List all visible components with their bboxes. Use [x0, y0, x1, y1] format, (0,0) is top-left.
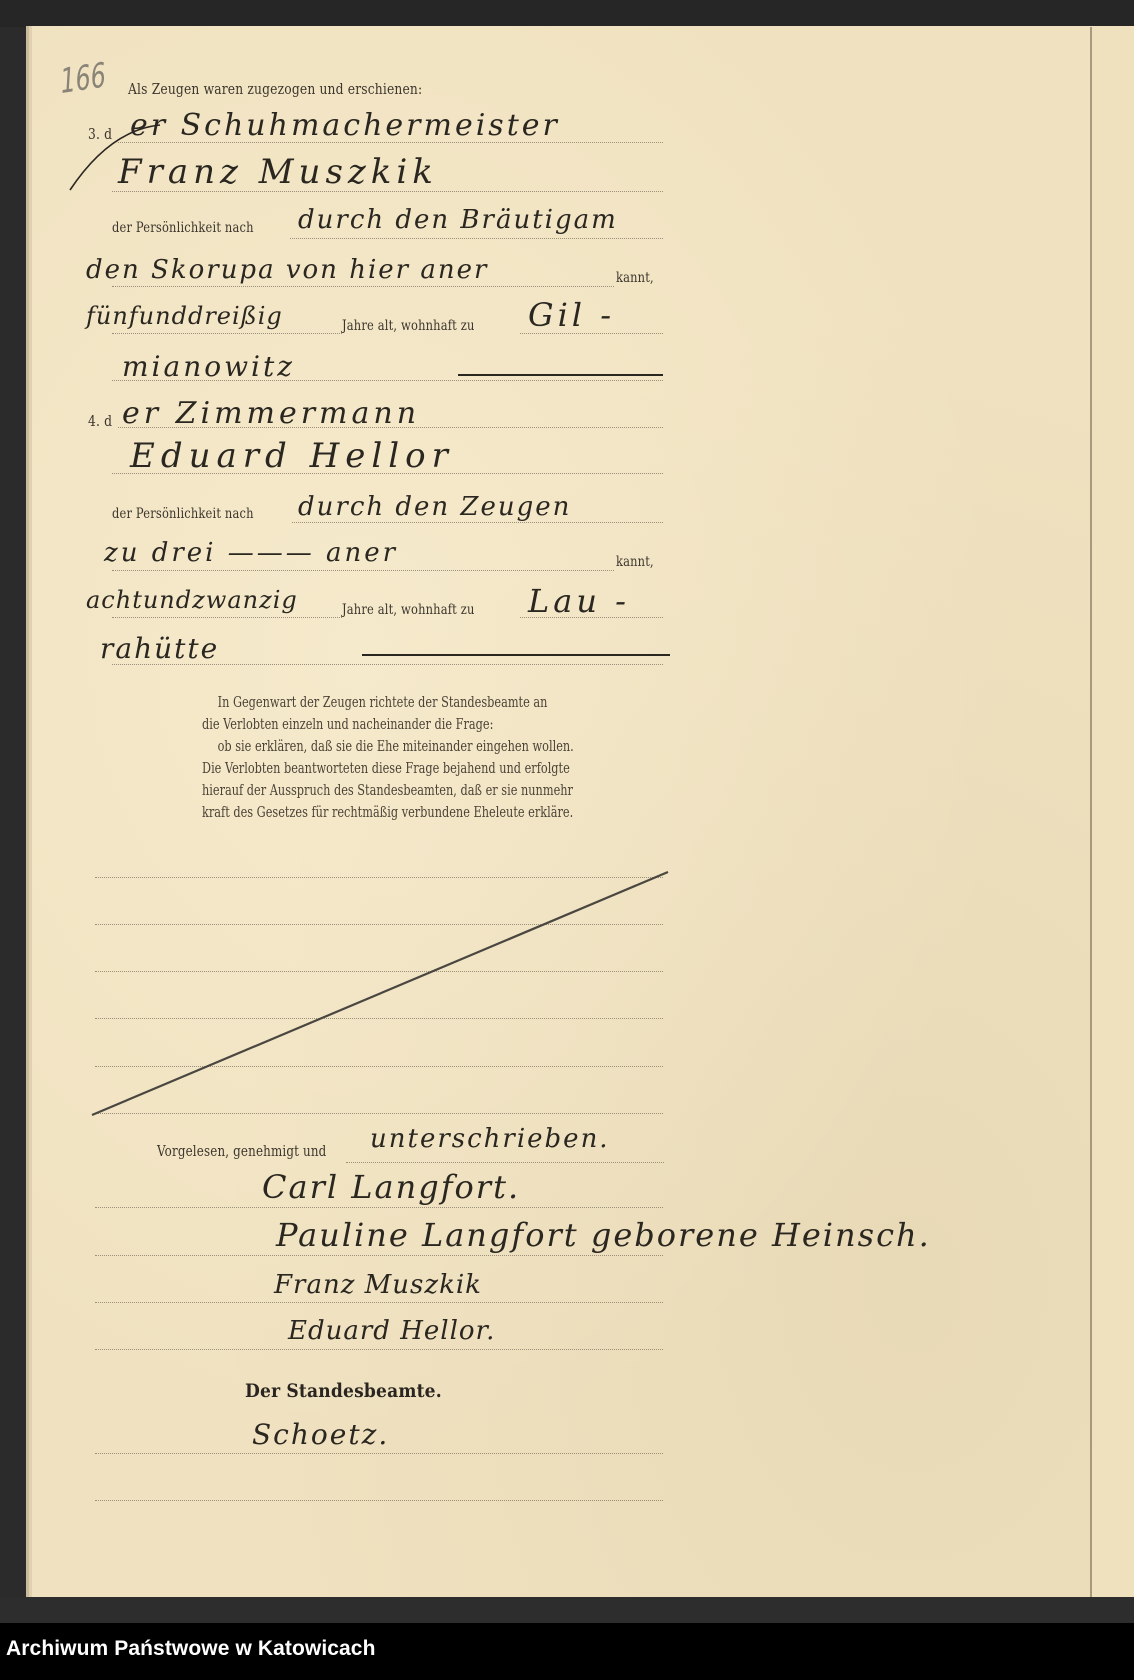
registrar-signature: Schoetz.	[252, 1418, 389, 1451]
dotted-line	[95, 1255, 663, 1256]
dotted-line	[95, 1113, 663, 1114]
dotted-line	[95, 924, 663, 925]
dotted-line	[95, 877, 663, 878]
witness-3-number: 3. d	[88, 125, 112, 143]
witness-4-residence: Lau -	[528, 582, 630, 620]
identity-label: der Persönlichkeit nach	[112, 506, 254, 522]
dotted-line	[95, 1066, 663, 1067]
witness-4-identity-hand: durch den Zeugen	[298, 492, 571, 522]
signature-2: Pauline Langfort geborene Heinsch.	[276, 1216, 931, 1254]
dotted-line	[95, 1207, 663, 1208]
witness-4-residence-2: rahütte	[100, 632, 219, 665]
paragraph-line: kraft des Gesetzes für rechtmäßig verbun…	[202, 802, 701, 824]
witness-3-name: Franz Muszkik	[118, 152, 438, 192]
dotted-line	[112, 286, 614, 287]
archive-caption-bar: Archiwum Państwowe w Katowicach	[0, 1623, 1134, 1680]
witness-3-identity-hand: durch den Bräutigam	[298, 205, 618, 235]
paragraph-line: hierauf der Ausspruch des Standesbeamten…	[202, 780, 701, 802]
witnesses-heading: Als Zeugen waren zugezogen und erschiene…	[128, 80, 422, 98]
dotted-line	[95, 1453, 663, 1454]
witness-4-occupation: er Zimmermann	[122, 396, 420, 431]
kannt-label: kannt,	[616, 270, 654, 286]
dotted-line	[95, 1500, 663, 1501]
dotted-line	[112, 570, 614, 571]
dotted-line	[95, 1349, 663, 1350]
witness-3-identity-hand-2: den Skorupa von hier aner	[86, 255, 488, 285]
identity-label: der Persönlichkeit nach	[112, 220, 254, 236]
dotted-line	[95, 1302, 663, 1303]
kannt-label: kannt,	[616, 554, 654, 570]
fill-rule	[362, 654, 670, 656]
dotted-line	[112, 333, 342, 334]
paragraph-line: Die Verlobten beantworteten diese Frage …	[202, 758, 701, 780]
fill-rule	[458, 374, 663, 376]
witness-3-residence: Gil -	[528, 296, 615, 334]
facing-page-edge	[1092, 27, 1134, 1602]
dotted-line	[95, 971, 663, 972]
dotted-line	[292, 522, 663, 523]
witness-3-occupation: er Schuhmachermeister	[130, 108, 560, 143]
witness-3-residence-2: mianowitz	[122, 350, 295, 383]
paragraph-line: die Verlobten einzeln und nacheinander d…	[202, 714, 701, 736]
declaration-paragraph: In Gegenwart der Zeugen richtete der Sta…	[202, 692, 701, 824]
witness-4-number: 4. d	[88, 412, 112, 430]
witness-3-age: fünfunddreißig	[86, 302, 283, 330]
dotted-line	[346, 1162, 664, 1163]
paragraph-line: In Gegenwart der Zeugen richtete der Sta…	[202, 692, 701, 714]
read-approved-label: Vorgelesen, genehmigt und	[157, 1144, 326, 1160]
scan-top-border	[0, 0, 1134, 27]
witness-4-identity-hand-2: zu drei ——— aner	[104, 538, 398, 568]
age-label: Jahre alt, wohnhaft zu	[342, 602, 475, 618]
archive-caption: Archiwum Państwowe w Katowicach	[6, 1637, 376, 1661]
binding-gutter-line	[1090, 27, 1092, 1602]
dotted-line	[112, 617, 342, 618]
registrar-label: Der Standesbeamte.	[245, 1380, 442, 1402]
dotted-line	[95, 1018, 663, 1019]
scan-bottom-border	[0, 1597, 1134, 1623]
pencil-page-number: 166	[59, 55, 107, 102]
signature-4: Eduard Hellor.	[288, 1316, 495, 1346]
paragraph-line: ob sie erklären, daß sie die Ehe miteina…	[202, 736, 701, 758]
age-label: Jahre alt, wohnhaft zu	[342, 318, 475, 334]
witness-4-name: Eduard Hellor	[130, 436, 454, 476]
dotted-line	[290, 238, 663, 239]
read-approved-hand: unterschrieben.	[370, 1124, 610, 1154]
signature-3: Franz Muszkik	[274, 1270, 482, 1300]
signature-1: Carl Langfort.	[262, 1168, 520, 1206]
witness-4-age: achtundzwanzig	[86, 586, 298, 614]
